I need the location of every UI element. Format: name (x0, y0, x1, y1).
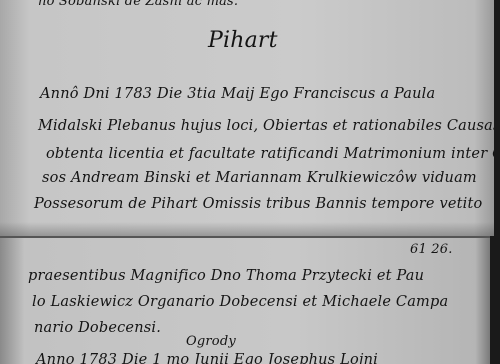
next-entry-line: Anno 1783 Die 1 mo Junii Ego Josephus Lo… (36, 352, 378, 364)
header-fragment: no Sobanski de Zasni ac mas. (38, 0, 238, 9)
place-heading-ogrody: Ogrody (186, 334, 236, 349)
witness-line-2: lo Laskiewicz Organario Dobecensi et Mic… (32, 294, 448, 310)
register-page-top: no Sobanski de Zasni ac mas. Pihart Annô… (0, 0, 494, 236)
entry-line-1: Annô Dni 1783 Die 3tia Maij Ego Francisc… (40, 86, 435, 102)
witness-line-1: praesentibus Magnifico Dno Thoma Przytec… (28, 268, 424, 284)
register-page-bottom: 61 26. praesentibus Magnifico Dno Thoma … (0, 236, 490, 364)
witness-line-3: nario Dobecensi. (34, 320, 161, 336)
entry-line-2: Midalski Plebanus hujus loci, Obiertas e… (38, 118, 494, 134)
place-heading-pihart: Pihart (208, 28, 278, 53)
entry-line-3: obtenta licentia et facultate ratificand… (46, 146, 494, 162)
entry-line-4: sos Andream Binski et Mariannam Krulkiew… (42, 170, 477, 186)
entry-line-5: Possesorum de Pihart Omissis tribus Bann… (34, 196, 482, 212)
page-numbers: 61 26. (410, 242, 453, 257)
